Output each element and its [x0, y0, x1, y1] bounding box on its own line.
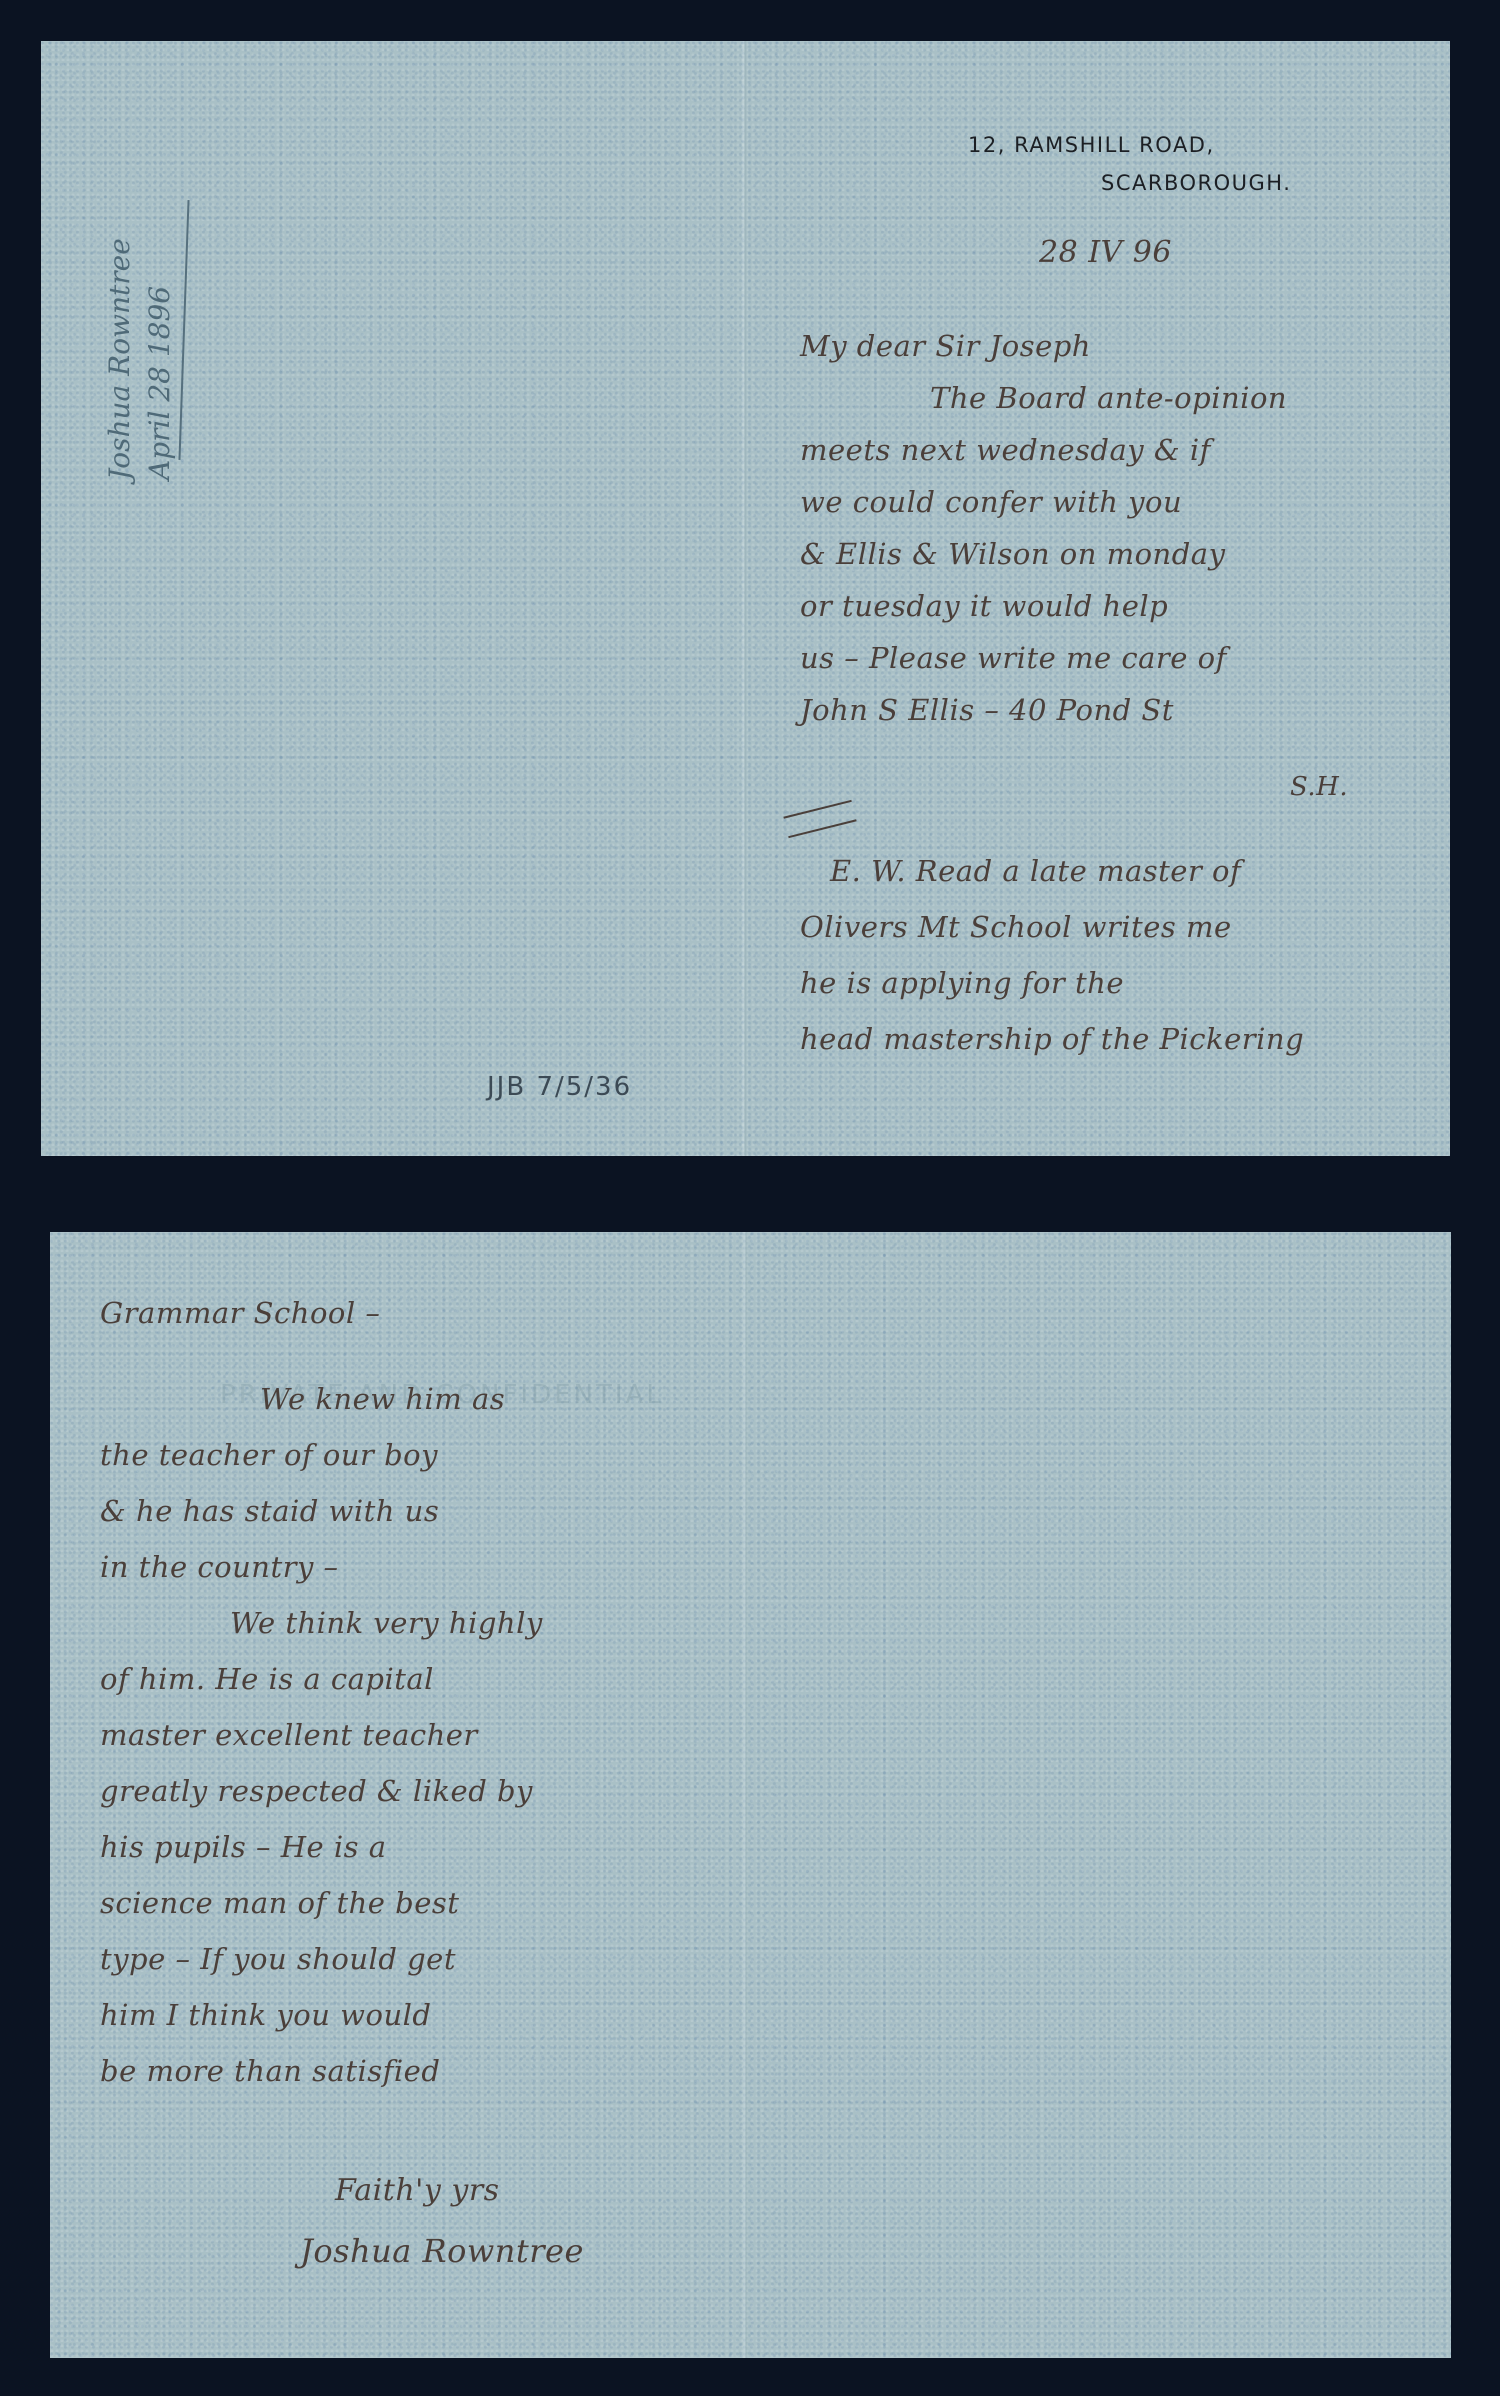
body-line: of him. He is a capital: [100, 1651, 543, 1707]
letter-opening: My dear Sir Joseph The Board ante-opinio…: [800, 320, 1287, 736]
body-line: he is applying for the: [800, 955, 1304, 1011]
body-line: E. W. Read a late master of: [800, 843, 1304, 899]
letter-continuation: Grammar School – We knew him as the teac…: [100, 1285, 543, 2099]
signature: Joshua Rowntree: [300, 2225, 584, 2277]
fold-crease: [741, 41, 747, 1156]
body-line: Grammar School –: [100, 1285, 543, 1341]
body-line: We think very highly: [100, 1595, 543, 1651]
letter-postscript: E. W. Read a late master of Olivers Mt S…: [800, 843, 1304, 1067]
body-line: him I think you would: [100, 1987, 543, 2043]
body-line: his pupils – He is a: [100, 1819, 543, 1875]
letter-date: 28 IV 96: [1039, 227, 1172, 279]
pencil-note-date: April 28 1896: [140, 238, 180, 480]
letterhead-street: 12, RAMSHILL ROAD,: [968, 135, 1215, 156]
body-line: meets next wednesday & if: [800, 424, 1287, 476]
pencil-archive-note: Joshua Rowntree April 28 1896: [100, 238, 180, 480]
body-line: The Board ante-opinion: [800, 372, 1287, 424]
pencil-note-name: Joshua Rowntree: [100, 238, 140, 480]
body-line: We knew him as: [100, 1371, 543, 1427]
fold-crease: [742, 1232, 748, 2358]
body-line: in the country –: [100, 1539, 543, 1595]
body-line: & Ellis & Wilson on monday: [800, 528, 1287, 580]
letterhead-town: SCARBOROUGH.: [1101, 173, 1291, 194]
body-line: science man of the best: [100, 1875, 543, 1931]
body-line: the teacher of our boy: [100, 1427, 543, 1483]
paragraph-gap: [100, 1341, 543, 1371]
body-line: head mastership of the Pickering: [800, 1011, 1304, 1067]
body-line: John S Ellis – 40 Pond St: [800, 684, 1287, 736]
archive-reference-mark: JJB 7/5/36: [487, 1072, 632, 1102]
body-line: be more than satisfied: [100, 2043, 543, 2099]
body-line: greatly respected & liked by: [100, 1763, 543, 1819]
body-line: master excellent teacher: [100, 1707, 543, 1763]
salutation: My dear Sir Joseph: [800, 320, 1287, 372]
body-line: type – If you should get: [100, 1931, 543, 1987]
body-line: or tuesday it would help: [800, 580, 1287, 632]
body-line: we could confer with you: [800, 476, 1287, 528]
letter-closing: Faith'y yrs: [335, 2165, 500, 2217]
body-line: & he has staid with us: [100, 1483, 543, 1539]
body-line: Olivers Mt School writes me: [800, 899, 1304, 955]
body-line: us – Please write me care of: [800, 632, 1287, 684]
initials: S.H.: [1290, 761, 1348, 813]
